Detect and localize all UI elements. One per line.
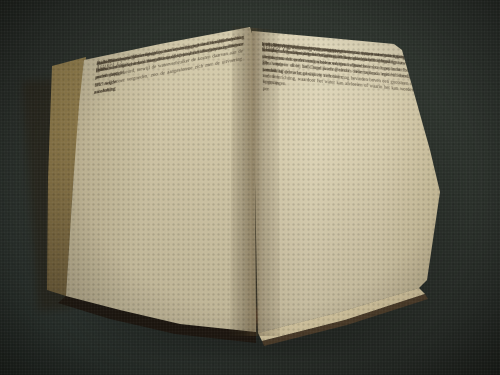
- right-page-text: 15 f. voor eenen meter met 2″ wijde aans…: [262, 42, 413, 56]
- photo-scene: 14 11. Uitbreiding of wijziging van eene…: [0, 0, 500, 375]
